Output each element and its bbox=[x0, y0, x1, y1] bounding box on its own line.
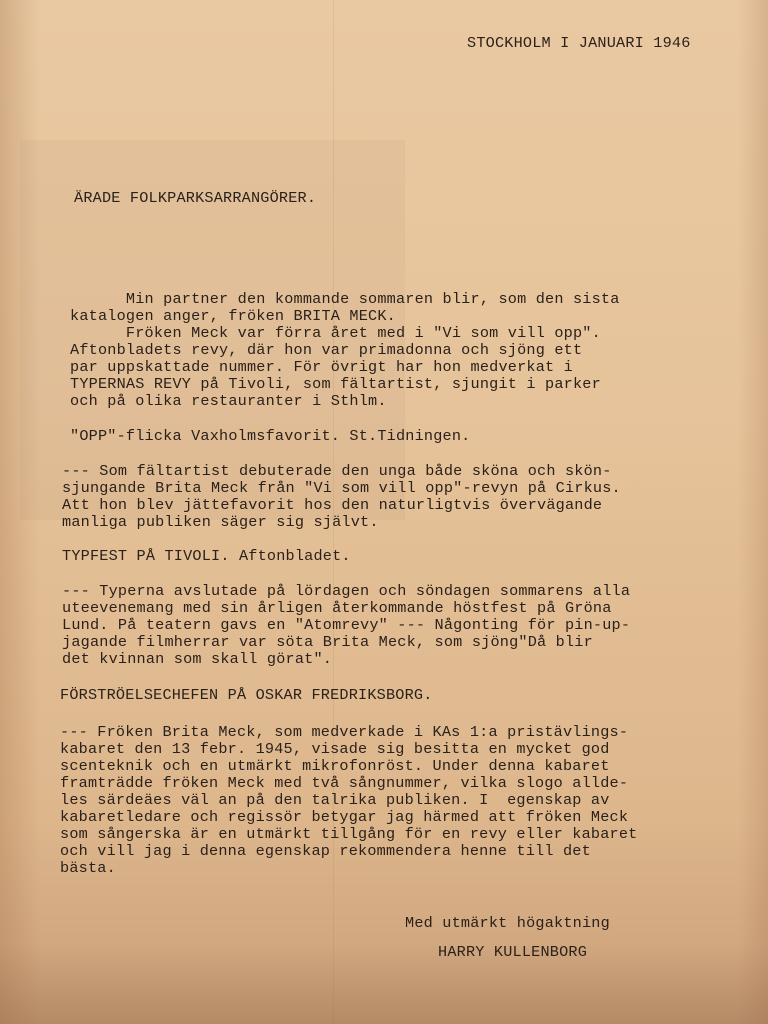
text-line: --- Som fältartist debuterade den unga b… bbox=[62, 463, 612, 480]
text-line: Fröken Meck var förra året med i "Vi som… bbox=[70, 325, 601, 342]
text-line: framträdde fröken Meck med två sångnumme… bbox=[60, 775, 628, 792]
text-line: det kvinnan som skall görat". bbox=[62, 651, 332, 668]
quote2-heading: TYPFEST PÅ TIVOLI. Aftonbladet. bbox=[62, 548, 351, 565]
text-line: par uppskattade nummer. För övrigt har h… bbox=[70, 359, 573, 376]
signature: HARRY KULLENBORG bbox=[438, 944, 587, 961]
paper-edge-shadow-right bbox=[738, 0, 768, 1024]
text-line: Min partner den kommande sommaren blir, … bbox=[70, 291, 620, 308]
quote1-heading: "OPP"-flicka Vaxholmsfavorit. St.Tidning… bbox=[70, 428, 471, 445]
text-line: --- Fröken Brita Meck, som medverkade i … bbox=[60, 724, 628, 741]
text-line: katalogen anger, fröken BRITA MECK. bbox=[70, 308, 396, 325]
text-line: och på olika restauranter i Sthlm. bbox=[70, 393, 387, 410]
text-line: scenteknik och en utmärkt mikrofonröst. … bbox=[60, 758, 610, 775]
quote3-heading: FÖRSTRÖELSECHEFEN PÅ OSKAR FREDRIKSBORG. bbox=[60, 687, 433, 704]
text-line: uteevenemang med sin årligen återkommand… bbox=[62, 600, 612, 617]
text-line: manliga publiken säger sig självt. bbox=[62, 514, 379, 531]
text-line: Att hon blev jättefavorit hos den naturl… bbox=[62, 497, 602, 514]
closing: Med utmärkt högaktning bbox=[405, 915, 610, 932]
text-line: Aftonbladets revy, där hon var primadonn… bbox=[70, 342, 582, 359]
text-line: les särdeäes väl an på den talrika publi… bbox=[60, 792, 610, 809]
dateline: STOCKHOLM I JANUARI 1946 bbox=[467, 35, 691, 52]
text-line: som sångerska är en utmärkt tillgång för… bbox=[60, 826, 637, 843]
text-line: Lund. På teatern gavs en "Atomrevy" --- … bbox=[62, 617, 630, 634]
text-line: bästa. bbox=[60, 860, 116, 877]
bottom-shadow bbox=[0, 944, 768, 1024]
text-line: --- Typerna avslutade på lördagen och sö… bbox=[62, 583, 630, 600]
text-line: och vill jag i denna egenskap rekommende… bbox=[60, 843, 591, 860]
salutation: ÄRADE FOLKPARKSARRANGÖRER. bbox=[74, 190, 316, 207]
text-line: TYPERNAS REVY på Tivoli, som fältartist,… bbox=[70, 376, 601, 393]
text-line: kabaretledare och regissör betygar jag h… bbox=[60, 809, 628, 826]
text-line: sjungande Brita Meck från "Vi som vill o… bbox=[62, 480, 621, 497]
text-line: kabaret den 13 febr. 1945, visade sig be… bbox=[60, 741, 610, 758]
text-line: jagande filmherrar var söta Brita Meck, … bbox=[62, 634, 593, 651]
